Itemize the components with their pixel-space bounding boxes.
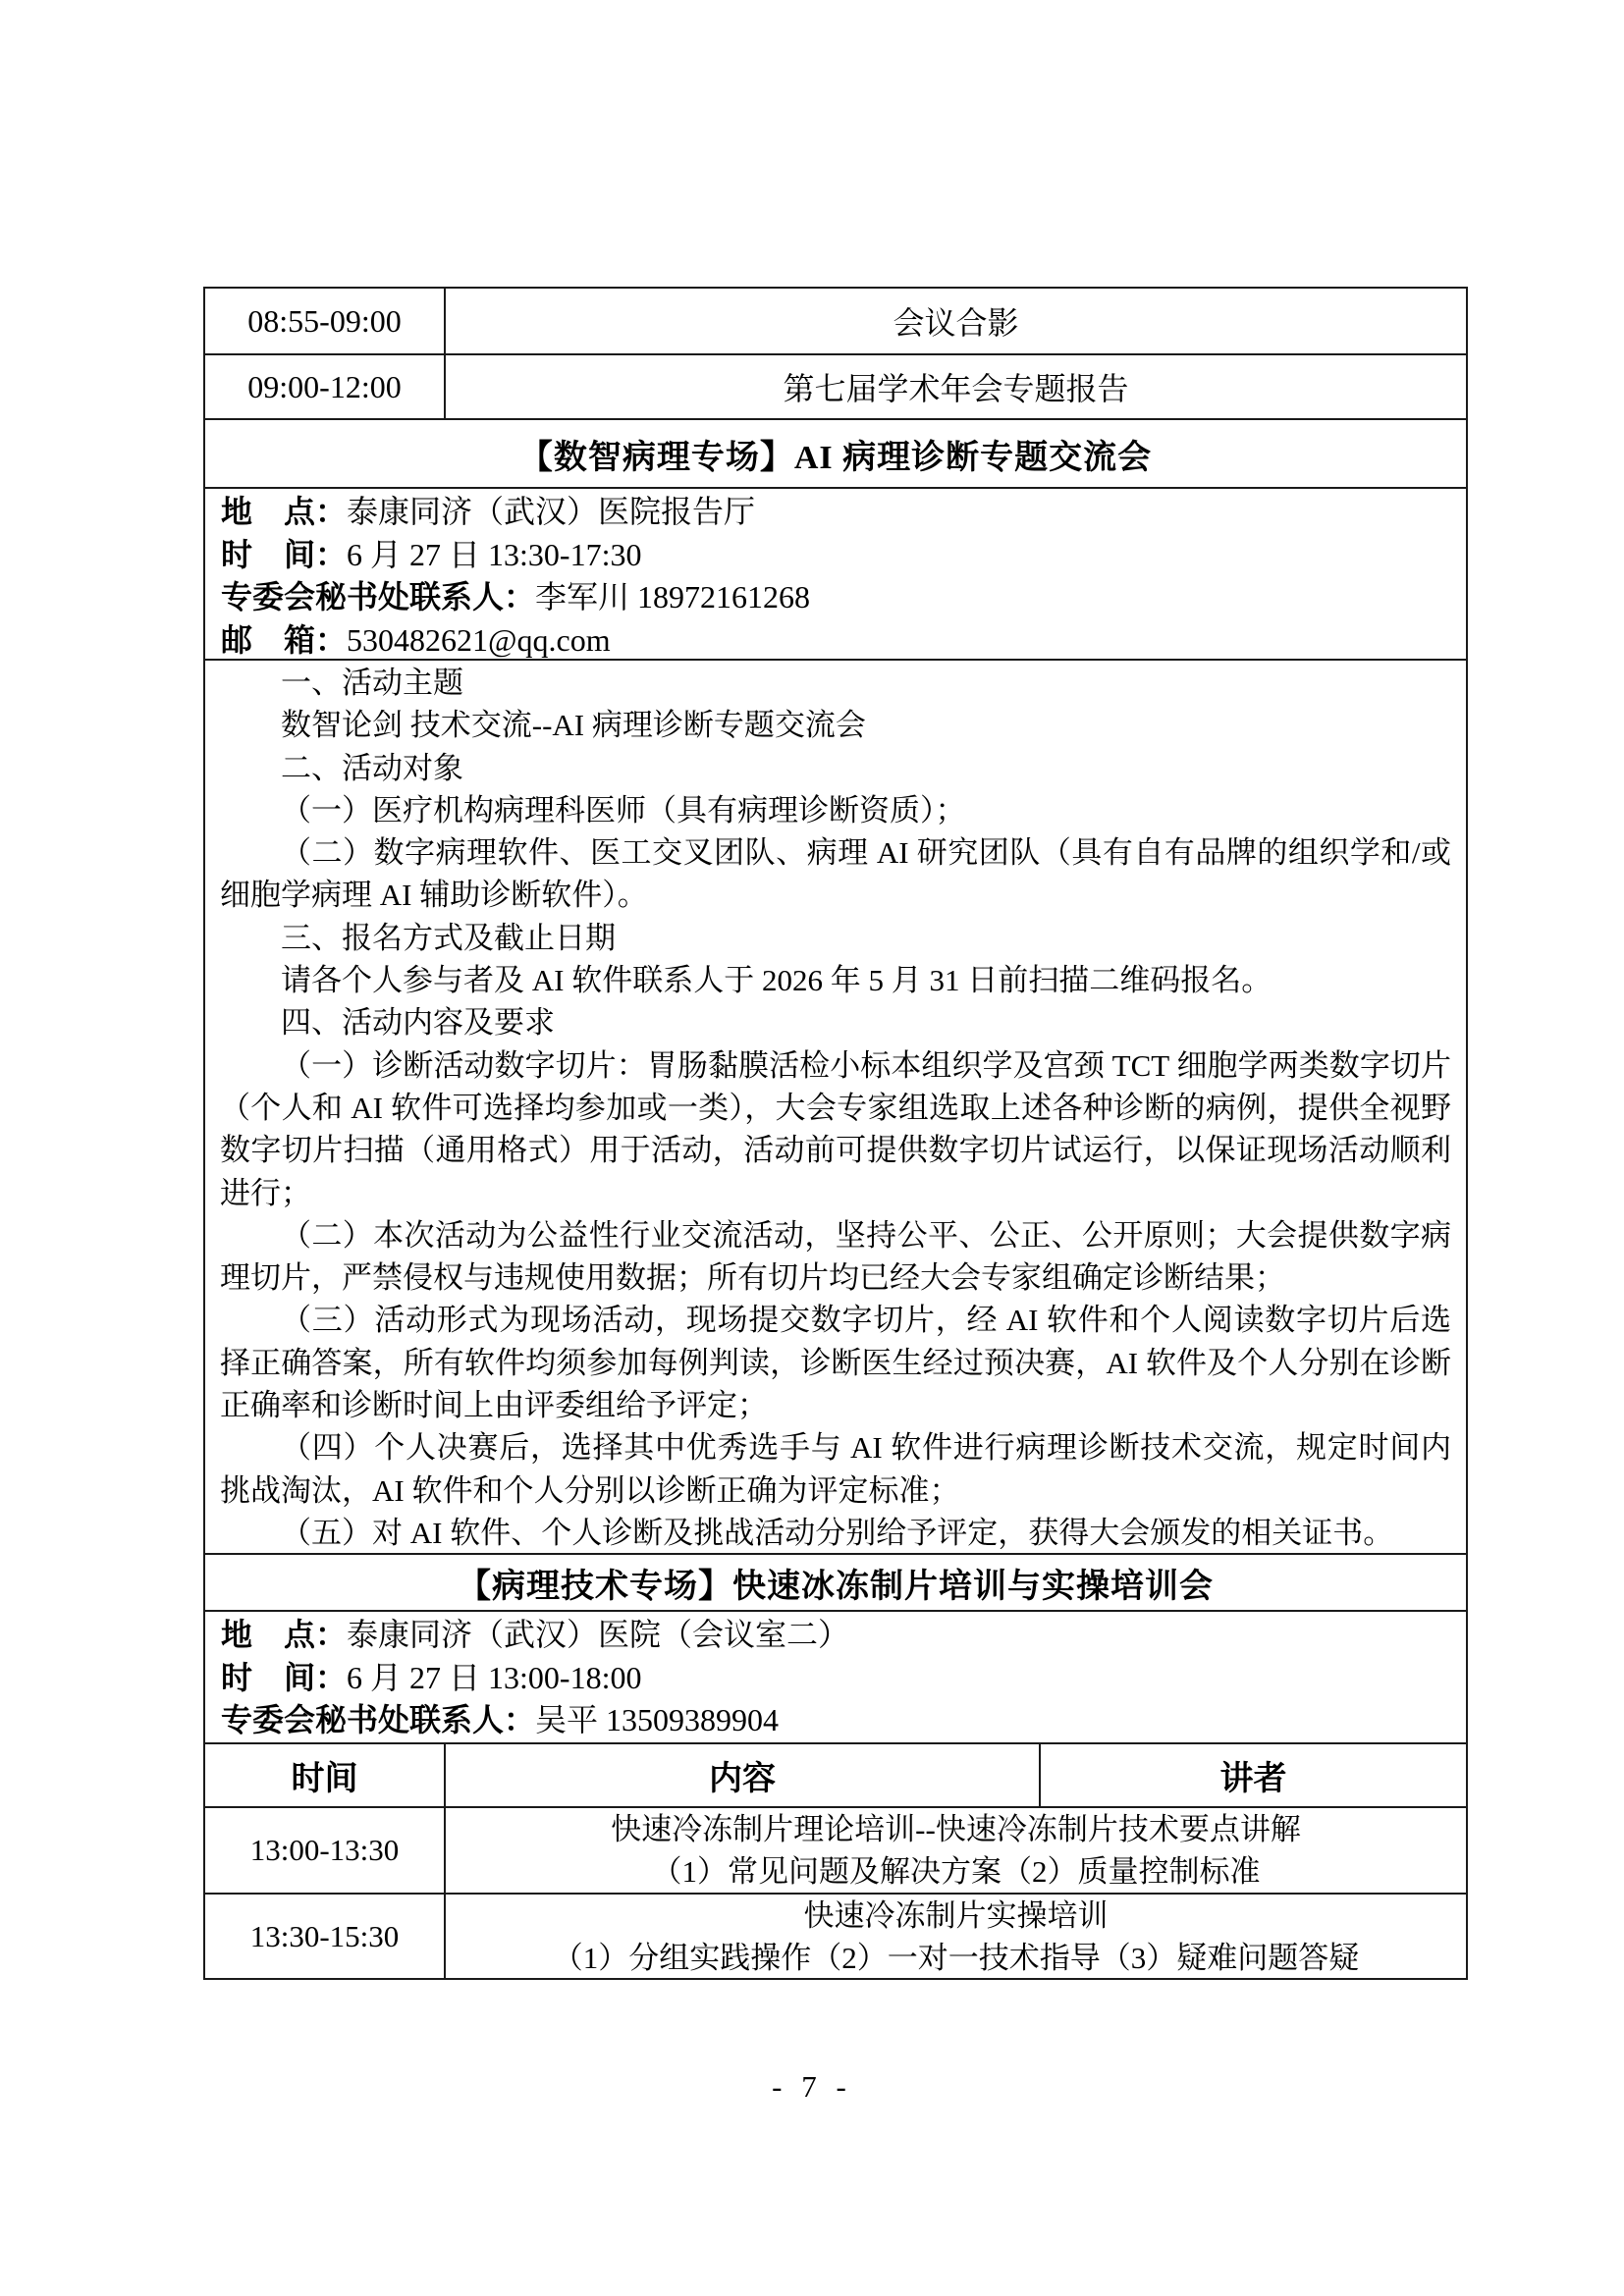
page-number: - 7 - (0, 2069, 1624, 2105)
schedule-content: 会议合影 (446, 289, 1466, 353)
session1-body: 一、活动主题 数智论剑 技术交流--AI 病理诊断专题交流会 二、活动对象 （一… (205, 659, 1466, 1553)
header-cell-content: 内容 (446, 1744, 1041, 1806)
body-paragraph: （五）对 AI 软件、个人诊断及挑战活动分别给予评定，获得大会颁发的相关证书。 (220, 1512, 1451, 1553)
program-table-header: 时间 内容 讲者 (205, 1742, 1466, 1806)
contact-line-time: 时 间：6 月 27 日 13:00-18:00 (221, 1657, 1450, 1700)
contact-label: 时 间： (221, 1660, 347, 1695)
contact-value: 吴平 13509389904 (535, 1702, 779, 1737)
body-paragraph: 一、活动主题 (220, 662, 1451, 704)
header-cell-speaker: 讲者 (1041, 1744, 1466, 1806)
program-content-line: 快速冷冻制片理论培训--快速冷冻制片技术要点讲解 (611, 1808, 1301, 1850)
contact-line-secretary: 专委会秘书处联系人：吴平 13509389904 (221, 1699, 1450, 1742)
body-paragraph: 请各个人参与者及 AI 软件联系人于 2026 年 5 月 31 日前扫描二维码… (220, 959, 1451, 1001)
body-paragraph: （一）诊断活动数字切片：胃肠黏膜活检小标本组织学及宫颈 TCT 细胞学两类数字切… (220, 1044, 1451, 1214)
contact-value: 530482621@qq.com (347, 622, 611, 658)
program-content-line: 快速冷冻制片实操培训 (804, 1895, 1109, 1937)
body-paragraph: 三、报名方式及截止日期 (220, 917, 1451, 959)
contact-label: 时 间： (221, 537, 347, 572)
contact-value: 6 月 27 日 13:00-18:00 (347, 1660, 641, 1695)
contact-label: 地 点： (221, 1617, 347, 1652)
contact-label: 专委会秘书处联系人： (221, 1702, 535, 1737)
session1-heading: 【数智病理专场】AI 病理诊断专题交流会 (205, 418, 1466, 487)
schedule-row: 09:00-12:00 第七届学术年会专题报告 (205, 353, 1466, 418)
program-time: 13:00-13:30 (205, 1808, 446, 1893)
body-paragraph: 四、活动内容及要求 (220, 1001, 1451, 1043)
program-content-line: （1）常见问题及解决方案（2）质量控制标准 (652, 1850, 1261, 1893)
contact-line-time: 时 间：6 月 27 日 13:30-17:30 (221, 534, 1450, 577)
program-time: 13:30-15:30 (205, 1895, 446, 1978)
schedule-content: 第七届学术年会专题报告 (446, 355, 1466, 418)
schedule-row: 08:55-09:00 会议合影 (205, 289, 1466, 353)
document-page: { "page": { "footer_page_number": "- 7 -… (0, 0, 1624, 2296)
program-table: 08:55-09:00 会议合影 09:00-12:00 第七届学术年会专题报告… (203, 287, 1468, 1980)
body-paragraph: （二）数字病理软件、医工交叉团队、病理 AI 研究团队（具有自有品牌的组织学和/… (220, 831, 1451, 917)
body-paragraph: （四）个人决赛后，选择其中优秀选手与 AI 软件进行病理诊断技术交流，规定时间内… (220, 1426, 1451, 1512)
schedule-time: 08:55-09:00 (205, 289, 446, 353)
program-content: 快速冷冻制片实操培训 （1）分组实践操作（2）一对一技术指导（3）疑难问题答疑 (446, 1895, 1466, 1978)
program-row: 13:30-15:30 快速冷冻制片实操培训 （1）分组实践操作（2）一对一技术… (205, 1893, 1466, 1978)
contact-label: 邮 箱： (221, 622, 347, 658)
session2-heading: 【病理技术专场】快速冰冻制片培训与实操培训会 (205, 1553, 1466, 1610)
header-cell-time: 时间 (205, 1744, 446, 1806)
contact-line-email: 邮 箱：530482621@qq.com (221, 619, 1450, 663)
session2-contact-block: 地 点：泰康同济（武汉）医院（会议室二） 时 间：6 月 27 日 13:00-… (205, 1610, 1466, 1742)
contact-value: 泰康同济（武汉）医院（会议室二） (347, 1617, 849, 1652)
contact-line-location: 地 点：泰康同济（武汉）医院报告厅 (221, 491, 1450, 534)
schedule-time: 09:00-12:00 (205, 355, 446, 418)
contact-line-secretary: 专委会秘书处联系人：李军川 18972161268 (221, 576, 1450, 619)
program-row: 13:00-13:30 快速冷冻制片理论培训--快速冷冻制片技术要点讲解 （1）… (205, 1806, 1466, 1893)
body-paragraph: 二、活动对象 (220, 747, 1451, 789)
body-paragraph: 数智论剑 技术交流--AI 病理诊断专题交流会 (220, 704, 1451, 746)
body-paragraph: （三）活动形式为现场活动，现场提交数字切片，经 AI 软件和个人阅读数字切片后选… (220, 1299, 1451, 1426)
contact-value: 泰康同济（武汉）医院报告厅 (347, 494, 755, 529)
session1-contact-block: 地 点：泰康同济（武汉）医院报告厅 时 间：6 月 27 日 13:30-17:… (205, 487, 1466, 659)
contact-line-location: 地 点：泰康同济（武汉）医院（会议室二） (221, 1614, 1450, 1657)
program-content: 快速冷冻制片理论培训--快速冷冻制片技术要点讲解 （1）常见问题及解决方案（2）… (446, 1808, 1466, 1893)
contact-value: 李军川 18972161268 (535, 579, 810, 614)
contact-value: 6 月 27 日 13:30-17:30 (347, 537, 641, 572)
contact-label: 地 点： (221, 494, 347, 529)
contact-label: 专委会秘书处联系人： (221, 579, 535, 614)
body-paragraph: （二）本次活动为公益性行业交流活动，坚持公平、公正、公开原则；大会提供数字病理切… (220, 1214, 1451, 1300)
program-content-line: （1）分组实践操作（2）一对一技术指导（3）疑难问题答疑 (553, 1937, 1360, 1979)
body-paragraph: （一）医疗机构病理科医师（具有病理诊断资质）； (220, 789, 1451, 831)
